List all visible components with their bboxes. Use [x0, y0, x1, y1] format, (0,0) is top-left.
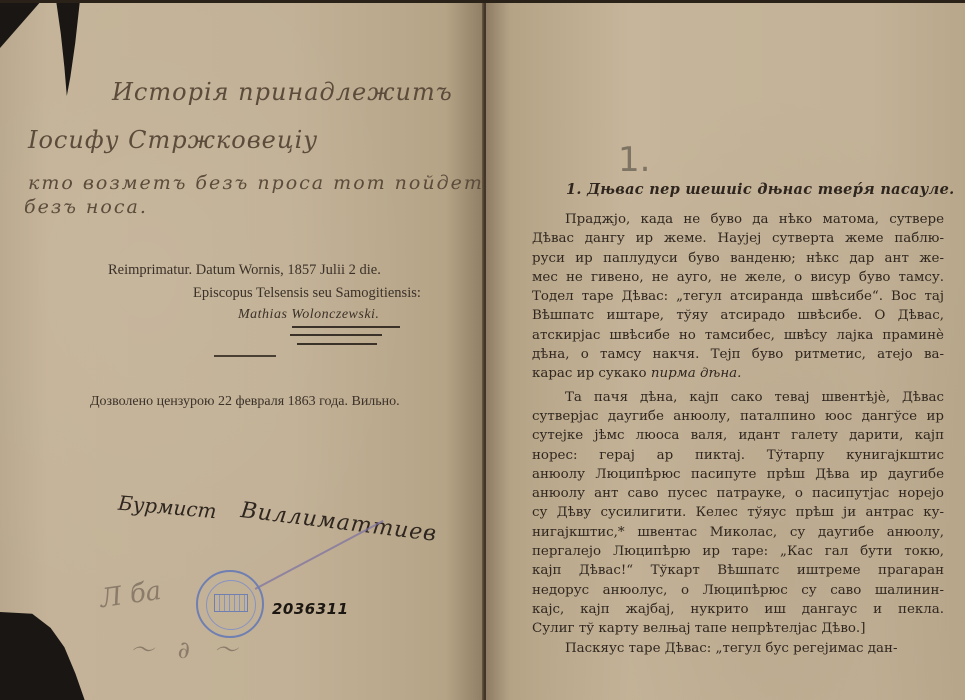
italic-text-fragment: пирма дѣна.	[651, 366, 742, 381]
chapter-body: Праджјо, када не буво да нѣко матома, су…	[532, 210, 944, 658]
faint-pencil-scribble: Л ба	[98, 576, 163, 614]
text-line: норес: герај ар пиктај. Тўтарпу кунигајк…	[532, 446, 944, 465]
censorship-line: Дозволено цензурою 22 февраля 1863 года.…	[90, 394, 400, 410]
text-line: Дѣвас дангу ир жеме. Наујеј сутверта жем…	[532, 229, 944, 248]
text-line: Вѣшпатс иштаре, тўяу атсирадо швѣсибе. О…	[532, 306, 944, 325]
text-line: Паскяус таре Дѣвас: „тегул бус регејимас…	[532, 639, 944, 658]
text-line: карас ир сукако пирма дѣна.	[532, 364, 944, 383]
inventory-number: 2036311	[272, 600, 349, 618]
text-line: Та пачя дѣна, кајп сако тевај швентѣјѐ, …	[532, 388, 944, 407]
text-line: атскирјас швѣсибе но тамсибес, швѣсу лај…	[532, 326, 944, 345]
pencil-page-mark: 1.	[618, 140, 650, 180]
text-line: Сулиг тў карту велњај тапе непрѣтелјас Д…	[532, 619, 944, 638]
underline	[292, 326, 400, 328]
scan-edge	[0, 0, 965, 3]
text-line: кајс, кајп жајбај, нукрито иш дангаус и …	[532, 600, 944, 619]
text-line: руси ир паплудуси буво ванденю; нѣкс дар…	[532, 249, 944, 268]
text-line: мес не гивено, не ауго, не желе, о висур…	[532, 268, 944, 287]
underline	[297, 343, 377, 345]
text-line: недорус анюолус, о Люципѣрюс су саво шал…	[532, 581, 944, 600]
torn-corner-bottom	[0, 612, 92, 700]
handwritten-note-line-4: безъ носа.	[24, 196, 148, 218]
text-fragment: карас ир сукако	[532, 366, 647, 381]
text-line: сутејке јѣмс люоса валя, идант галету да…	[532, 426, 944, 445]
imprimatur-signature: Mathias Wolonczewski.	[238, 307, 379, 323]
imprimatur-line-1: Reimprimatur. Datum Wornis, 1857 Julii 2…	[108, 262, 381, 279]
left-page: Исторія принадлежитъ Іосифу Стржковеціу …	[0, 0, 484, 700]
text-line: пергалејо Люципѣрю ир таре: „Кас гал бут…	[532, 542, 944, 561]
separator-rule	[214, 355, 276, 357]
book-spread: Исторія принадлежитъ Іосифу Стржковеціу …	[0, 0, 965, 700]
imprimatur-line-2: Episcopus Telsensis seu Samogitiensis:	[193, 285, 421, 302]
text-line: Праджјо, када не буво да нѣко матома, су…	[532, 210, 944, 229]
text-line: анюолу Люципѣрюс пасипуте прѣш Дѣва ир д…	[532, 465, 944, 484]
signature-1: Бурмист	[117, 491, 217, 524]
text-line: нигајкштис,* швентас Миколас, су даугибе…	[532, 523, 944, 542]
handwritten-note-line-1: Исторія принадлежитъ	[112, 78, 453, 106]
library-stamp-icon	[196, 570, 264, 638]
signature-2: Виллиматтиев	[239, 498, 438, 547]
torn-notch	[56, 0, 80, 96]
text-line: кајп Дѣвас!“ Тўкарт Вѣшпатс иштреме праг…	[532, 561, 944, 580]
text-line: анюолу ант саво пусес патрауке, о пасипу…	[532, 484, 944, 503]
stamp-building-icon	[214, 594, 248, 612]
handwritten-note-line-3: кто возметъ безъ проса тот пойдетъ	[28, 172, 499, 194]
text-line: Тодел таре Дѣвас: „тегул атсиранда швѣси…	[532, 287, 944, 306]
underline	[290, 334, 382, 336]
torn-corner	[0, 0, 42, 48]
text-line: сутверјас даугибе анюолу, паталпино юос …	[532, 407, 944, 426]
text-line: дѣна, о тамсу накчя. Тејп буво ритметис,…	[532, 345, 944, 364]
chapter-title: 1. Дњвас пер шешиіс дњнас твеṕя пасауле.	[566, 181, 954, 198]
handwritten-note-line-2: Іосифу Стржковеціу	[28, 126, 318, 154]
text-line: су Дѣву сусилигити. Келес тўяус прѣш ји …	[532, 503, 944, 522]
